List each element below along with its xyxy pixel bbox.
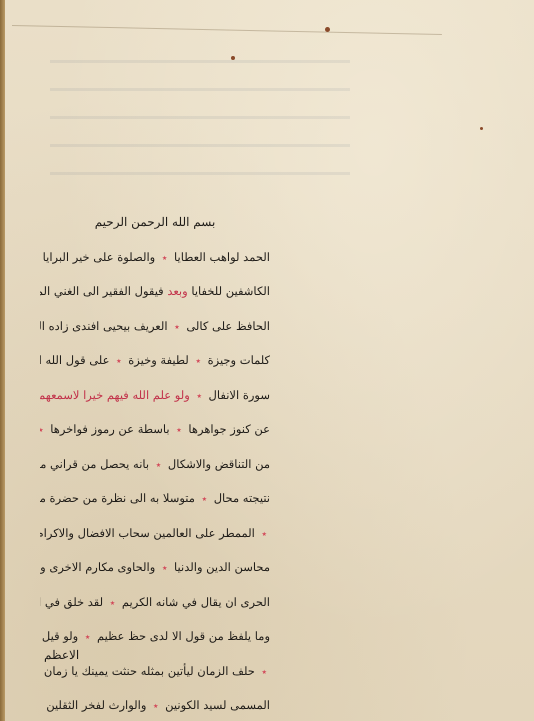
text-segment: بانه يحصل من قراني من الشكل الاول ان [40, 457, 149, 471]
verse-stop-marker: ٭ [171, 322, 182, 333]
verse-stop-marker: ٭ [40, 701, 43, 712]
text-segment: محاسن الدين والدنيا [174, 560, 270, 574]
verse-stop-marker: ٭ [82, 632, 93, 643]
ink-stain [325, 27, 330, 32]
bleed-through-text [50, 60, 350, 190]
text-segment: الممطر على العالمين سحاب الافضال والاكرا… [40, 526, 255, 540]
verse-stop-marker: ٭ [259, 529, 270, 540]
text-segment: لطيفة وخيزة [128, 353, 189, 367]
text-segment: على قول الله المتعال [40, 353, 109, 367]
text-segment: الكاشفين للخفايا [191, 284, 270, 298]
verse-stop-marker: ٭ [40, 425, 47, 436]
text-segment: الحمد لواهب العطايا [174, 250, 270, 264]
text-line: كلمات وجيزة ٭ لطيفة وخيزة ٭ على قول الله… [40, 343, 270, 378]
text-segment: المسمى لسيد الكونين [165, 698, 270, 712]
verse-stop-marker: ٭ [113, 356, 124, 367]
text-line: محاسن الدين والدنيا ٭ والحاوى مكارم الاخ… [40, 550, 270, 585]
text-segment: والوارث لفخر الثقلين [46, 698, 146, 712]
text-line: ٭ الممطر على العالمين سحاب الافضال والاك… [40, 516, 270, 551]
manuscript-text-block: بسم الله الرحمن الرحيم الحمد لواهب العطا… [40, 205, 270, 721]
verse-stop-marker: ٭ [153, 460, 164, 471]
text-segment: لقد خلق في احسن تقويم [40, 595, 103, 609]
text-line: الحمد لواهب العطايا ٭ والصلوة على خير ال… [40, 240, 270, 275]
text-segment: الحافظ على كالى [186, 319, 270, 333]
verse-stop-marker: ٭ [107, 598, 118, 609]
text-line: الكاشفين للخفايا وبعد فيقول الفقير الى ا… [40, 274, 270, 309]
verse-stop-marker: ٭ [150, 701, 161, 712]
text-line: الحافظ على كالى ٭ العريف بيحيى افندى زاد… [40, 309, 270, 344]
text-segment: كلمات وجيزة [208, 353, 270, 367]
rubricated-text: ولو علم الله فيهم خيرا لاسمعهم ولو اسمعه… [40, 388, 190, 402]
text-segment: والصلوة على خير البرايا [43, 250, 156, 264]
text-segment: الحرى ان يقال في شانه الكريم [122, 595, 270, 609]
text-line: عن كنوز جواهرها ٭ باسطة عن رموز فواخرها … [40, 412, 270, 447]
catchword: الاعظم [44, 648, 79, 662]
text-line: المسمى لسيد الكونين ٭ والوارث لفخر الثقل… [40, 688, 270, 721]
verse-stop-marker: ٭ [259, 667, 270, 678]
text-segment: ولو قيل في شانه [40, 629, 78, 643]
text-line: الحرى ان يقال في شانه الكريم ٭ لقد خلق ف… [40, 585, 270, 620]
verse-stop-marker: ٭ [159, 253, 170, 264]
verse-stop-marker: ٭ [159, 563, 170, 574]
text-segment: من التناقض والاشكال [168, 457, 270, 471]
verse-stop-marker: ٭ [193, 391, 204, 402]
text-segment: والحاوى مكارم الاخرى والاولى [40, 560, 155, 574]
paper-fold-line [12, 25, 442, 35]
verse-stop-marker: ٭ [192, 356, 203, 367]
verse-stop-marker: ٭ [173, 425, 184, 436]
ink-stain [480, 127, 483, 130]
verse-stop-marker: ٭ [199, 494, 210, 505]
manuscript-page: بسم الله الرحمن الرحيم الحمد لواهب العطا… [0, 0, 534, 721]
text-segment: وما يلفظ من قول الا لدى حظ عظيم [97, 629, 270, 643]
text-line: نتيجته محال ٭ متوسلا به الى نظرة من حضرة… [40, 481, 270, 516]
text-segment: فيقول الفقير الى الغني المتعالى [40, 284, 164, 298]
text-segment: نتيجته محال [214, 491, 270, 505]
ink-stain [231, 56, 235, 60]
binding-edge [0, 0, 5, 721]
text-line: سورة الانفال ٭ ولو علم الله فيهم خيرا لا… [40, 378, 270, 413]
text-segment: سورة الانفال [209, 388, 270, 402]
text-segment: عن كنوز جواهرها [188, 422, 270, 436]
text-segment: متوسلا به الى نظرة من حضرة من خص بمزايا … [40, 491, 195, 505]
text-segment: حلف الزمان ليأتين بمثله حنثت يمينك يا زم… [40, 664, 255, 678]
text-segment: العريف بيحيى افندى زاده البروسوى [40, 319, 168, 333]
basmala-heading: بسم الله الرحمن الرحيم [40, 205, 270, 240]
rubricated-text: وبعد [167, 284, 187, 298]
text-line: من التناقض والاشكال ٭ بانه يحصل من قراني… [40, 447, 270, 482]
text-segment: باسطة عن رموز فواخرها [50, 422, 169, 436]
